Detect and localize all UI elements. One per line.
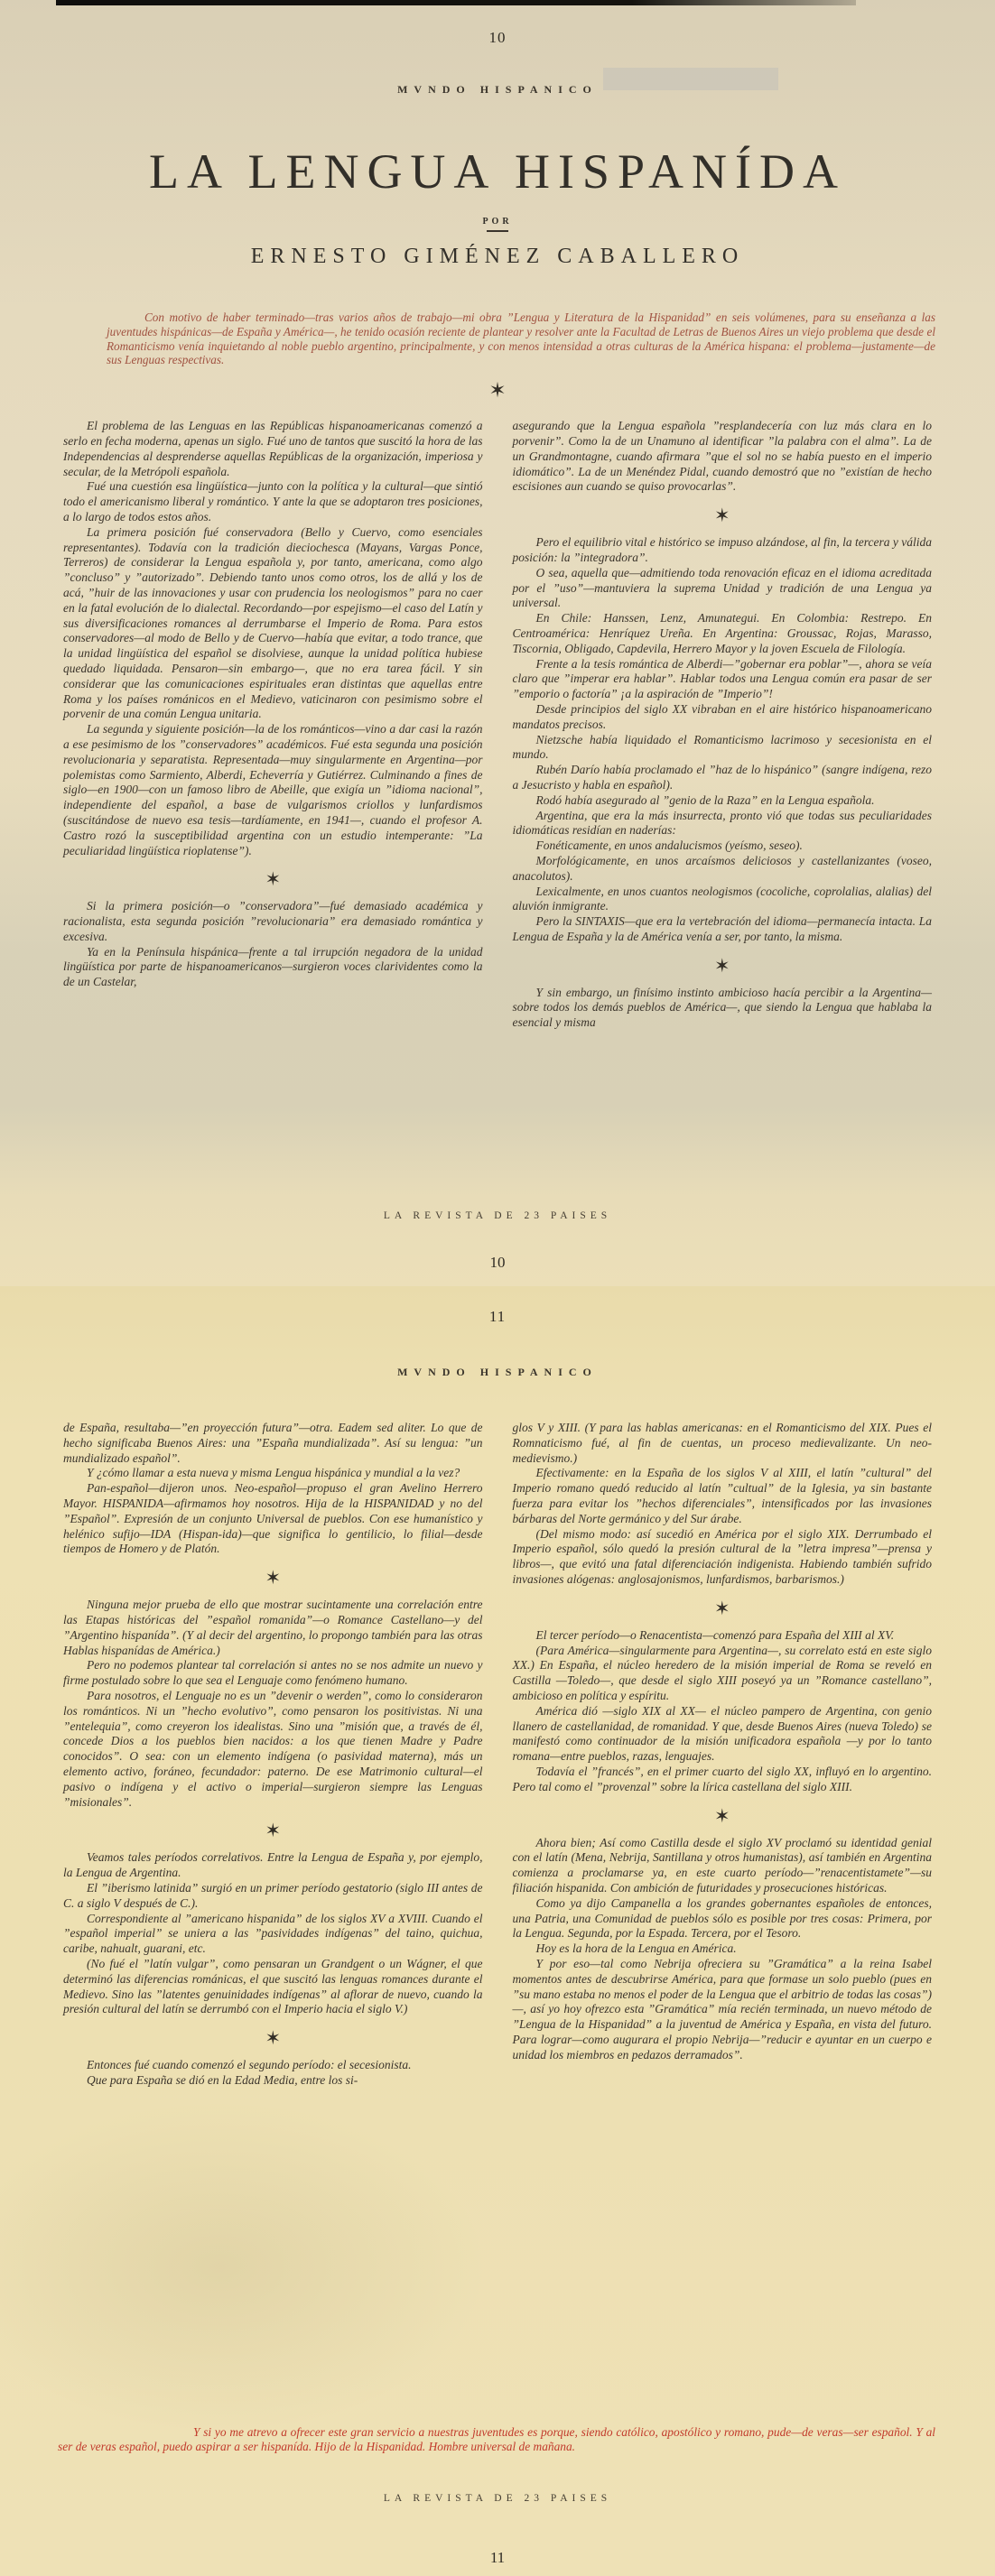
paragraph: Que para España se dió en la Edad Media,… [63,2073,483,2089]
paragraph: Rubén Darío había proclamado el ”haz de … [513,763,933,793]
paragraph: El ”iberismo latinida” surgió en un prim… [63,1881,483,1912]
star-ornament: ✶ [63,1821,483,1840]
paragraph: Y ¿cómo llamar a esta nueva y misma Leng… [63,1466,483,1481]
paragraph: Y por eso—tal como Nebrija ofreciera su … [513,1957,933,2063]
star-ornament: ✶ [513,506,933,525]
left-column: El problema de las Lenguas en las Repúbl… [63,419,483,1031]
paragraph: América dió —siglo XIX al XX— el núcleo … [513,1704,933,1765]
author-name: ERNESTO GIMÉNEZ CABALLERO [0,245,995,269]
paragraph: O sea, aquella que—admitiendo toda renov… [513,566,933,611]
text-columns: de España, resultaba—”en proyección futu… [0,1421,995,2395]
star-ornament: ✶ [63,870,483,889]
page-number-top: 10 [0,0,995,47]
paragraph: Y sin embargo, un finísimo instinto ambi… [513,986,933,1031]
paragraph: Ya en la Península hispánica—frente a ta… [63,945,483,990]
paragraph: Si la primera posición—o ”conservadora”—… [63,899,483,944]
magazine-spread: 10 MVNDO HISPANICO LA LENGUA HISPANÍDA P… [0,0,995,2576]
paragraph: Efectivamente: en la España de los siglo… [513,1466,933,1526]
paragraph: Hoy es la hora de la Lengua en América. [513,1941,933,1957]
left-column: de España, resultaba—”en proyección futu… [63,1421,483,2395]
byline-label: POR [482,217,512,227]
page-number-bottom: 11 [0,2549,995,2567]
paragraph: Frente a la tesis romántica de Alberdi—”… [513,657,933,702]
paragraph: (No fué el ”latín vulgar”, como pensaran… [63,1957,483,2017]
footer-magazine-name: LA REVISTA DE 23 PAISES [0,1210,995,1221]
paragraph: glos V y XIII. (Y para las hablas americ… [513,1421,933,1466]
paragraph: Pan-español—dijeron unos. Neo-español—pr… [63,1481,483,1557]
masthead: MVNDO HISPANICO [0,1366,995,1379]
paragraph: (Del mismo modo: así sucedió en América … [513,1527,933,1588]
paragraph: Ninguna mejor prueba de ello que mostrar… [63,1598,483,1658]
paragraph: Rodó había asegurado al ”genio de la Raz… [513,793,933,809]
paragraph: El tercer período—o Renacentista—comenzó… [513,1628,933,1644]
paragraph: Nietzsche había liquidado el Romanticism… [513,733,933,764]
paragraph: Fonéticamente, en unos andalucismos (yeí… [513,839,933,854]
star-ornament: ✶ [513,1599,933,1618]
paragraph: Pero no podemos plantear tal correlación… [63,1658,483,1689]
paragraph: La primera posición fué conservadora (Be… [63,525,483,722]
paragraph: En Chile: Hanssen, Lenz, Amunategui. En … [513,611,933,656]
lead-paragraph: Con motivo de haber terminado—tras vario… [107,310,935,367]
paragraph: El problema de las Lenguas en las Repúbl… [63,419,483,479]
paragraph: Pero el equilibrio vital e histórico se … [513,535,933,566]
footer-magazine-name: LA REVISTA DE 23 PAISES [0,2493,995,2504]
right-column: glos V y XIII. (Y para las hablas americ… [513,1421,933,2395]
page-number-top: 11 [0,1286,995,1326]
byline: POR [0,212,995,232]
page-10: 10 MVNDO HISPANICO LA LENGUA HISPANÍDA P… [0,0,995,1286]
paragraph: Como ya dijo Campanella a los grandes go… [513,1896,933,1941]
paragraph: Ahora bien; Así como Castilla desde el s… [513,1836,933,1896]
masthead: MVNDO HISPANICO [0,83,995,97]
scan-smudge-artifact [603,68,778,90]
paragraph: de España, resultaba—”en proyección futu… [63,1421,483,1466]
paragraph: Argentina, que era la más insurrecta, pr… [513,809,933,839]
text-columns: El problema de las Lenguas en las Repúbl… [0,419,995,1031]
star-ornament: ✶ [63,1569,483,1588]
closing-red-paragraph: Y si yo me atrevo a ofrecer este gran se… [58,2425,935,2454]
paragraph: La segunda y siguiente posición—la de lo… [63,722,483,858]
article-title: LA LENGUA HISPANÍDA [0,144,995,199]
paragraph: Morfológicamente, en unos arcaísmos deli… [513,854,933,885]
paragraph: asegurando que la Lengua española ”respl… [513,419,933,495]
page-number-bottom: 10 [0,1254,995,1272]
star-ornament: ✶ [0,380,995,401]
paragraph: Desde principios del siglo XX vibraban e… [513,702,933,733]
paragraph: Fué una cuestión esa lingüística—junto c… [63,479,483,524]
star-ornament: ✶ [513,1807,933,1826]
page-11: 11 MVNDO HISPANICO de España, resultaba—… [0,1286,995,2576]
paragraph: Veamos tales períodos correlativos. Entr… [63,1850,483,1881]
paragraph: Lexicalmente, en unos cuantos neologismo… [513,885,933,915]
paragraph: Para nosotros, el Lenguaje no es un ”dev… [63,1689,483,1810]
byline-rule [487,230,508,232]
scan-edge-artifact [56,0,856,5]
paragraph: Entonces fué cuando comenzó el segundo p… [63,2058,483,2073]
star-ornament: ✶ [63,2029,483,2048]
right-column: asegurando que la Lengua española ”respl… [513,419,933,1031]
paragraph: Correspondiente al ”americano hispanida”… [63,1912,483,1957]
paragraph: Todavía el ”francés”, en el primer cuart… [513,1765,933,1795]
star-ornament: ✶ [513,957,933,976]
paragraph: Pero la SINTAXIS—que era la vertebración… [513,914,933,945]
paragraph: (Para América—singularmente para Argenti… [513,1644,933,1704]
